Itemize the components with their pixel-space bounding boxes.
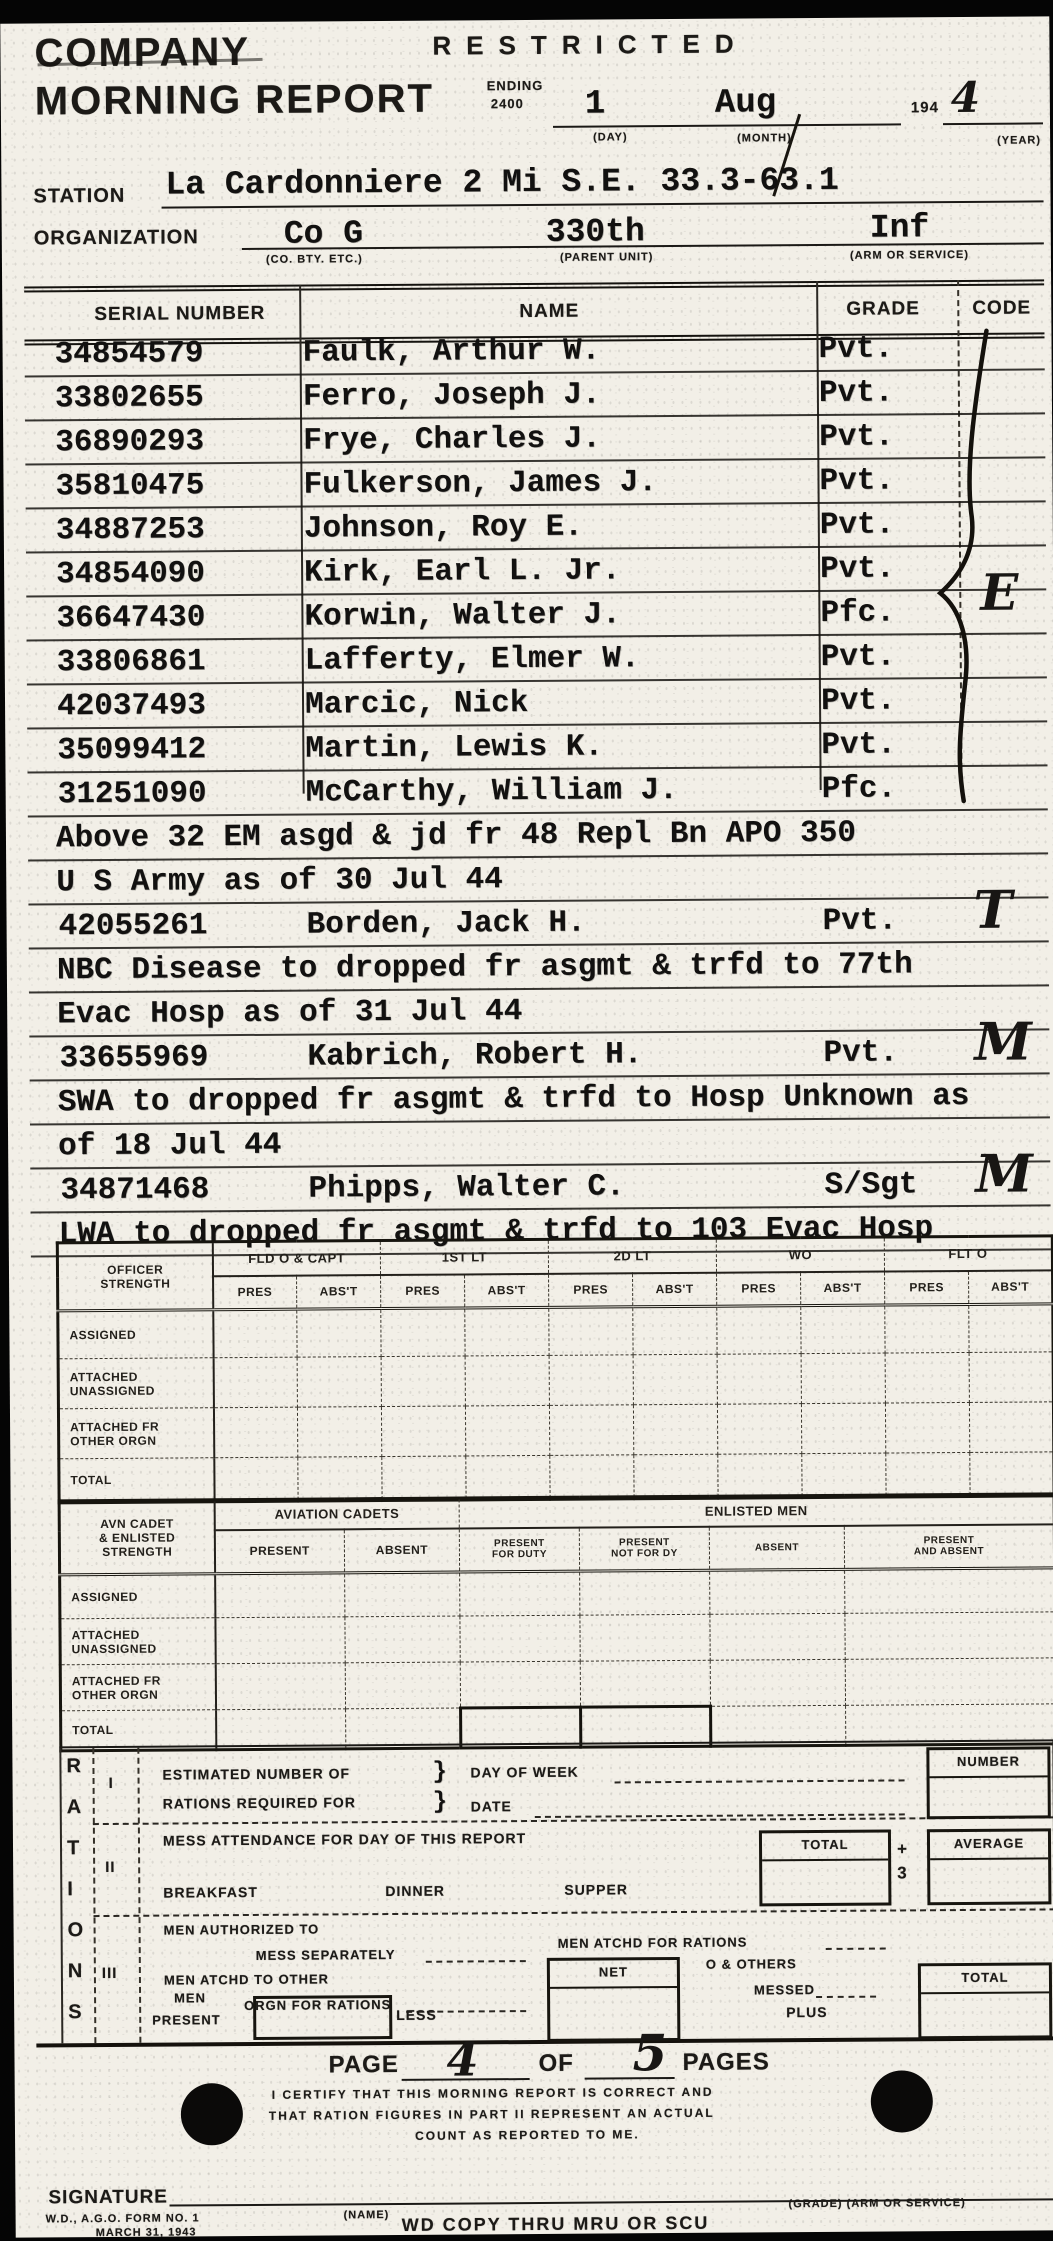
men-present-box <box>253 1995 392 2040</box>
roster-entry: 36890293Frye, Charles J.Pvt. <box>25 414 1045 465</box>
strength-cell <box>845 1568 1053 1613</box>
soldier-name: Lafferty, Elmer W. <box>305 641 640 678</box>
pres-abst-header: ABS'T <box>465 1273 549 1308</box>
rations-divider-2 <box>93 1908 1053 1917</box>
scanned-morning-report: COMPANY RESTRICTED MORNING REPORT ENDING… <box>0 0 1053 2241</box>
strength-cell <box>213 1357 297 1408</box>
form-title-morning-report: MORNING REPORT <box>35 77 434 125</box>
strength-cell <box>969 1304 1053 1353</box>
of-label: OF <box>538 2050 574 2078</box>
handwritten-code-letter: E <box>980 563 1019 622</box>
soldier-name: Ferro, Joseph J. <box>303 378 601 415</box>
serial-number: 35099412 <box>57 732 206 768</box>
day-of-week-line <box>614 1761 904 1783</box>
number-box-divider <box>930 1775 1048 1778</box>
remark-text: SWA to dropped fr asgmt & trfd to Hosp U… <box>58 1079 970 1120</box>
rations-section-numeral: I <box>109 1775 114 1792</box>
strength-cell <box>710 1569 845 1614</box>
handwritten-code-mark: M <box>975 1149 1033 1201</box>
roster-remark: SWA to dropped fr asgmt & trfd to Hosp U… <box>30 1074 1050 1125</box>
roster-entry: 42037493Marcic, NickPvt. <box>27 678 1047 729</box>
form-title-company: COMPANY <box>34 30 250 77</box>
strength-cell <box>801 1403 885 1454</box>
mess-total-divider <box>762 1859 888 1862</box>
strength-cell <box>345 1616 460 1663</box>
restricted-stamp: RESTRICTED <box>432 28 748 61</box>
roster-remark: of 18 Jul 44 <box>30 1118 1050 1169</box>
men-label: MEN <box>174 1990 206 2005</box>
strength-cell <box>549 1307 633 1356</box>
grade: Pvt. <box>821 639 896 675</box>
organization-label: ORGANIZATION <box>34 226 199 250</box>
col-serial-number: SERIAL NUMBER <box>94 303 265 326</box>
remark-text: Above 32 EM asgd & jd fr 48 Repl Bn APO … <box>56 816 856 857</box>
strength-cell <box>345 1662 460 1709</box>
pres-abst-header: PRES <box>213 1275 297 1310</box>
strength-cell <box>710 1659 845 1706</box>
certify-line-2: THAT RATION FIGURES IN PART II REPRESENT… <box>269 2106 715 2123</box>
rank-group-header: FLD O & CAPT <box>212 1241 380 1276</box>
strength-cell <box>215 1663 345 1710</box>
pres-abst-header: ABS'T <box>801 1271 885 1306</box>
soldier-name: McCarthy, William J. <box>306 773 678 811</box>
messed-label: MESSED <box>754 1982 815 1997</box>
serial-number: 33802655 <box>55 380 204 416</box>
year-prefix: 194 <box>911 99 939 116</box>
number-box-label: NUMBER <box>929 1753 1047 1769</box>
serial-number: 34887253 <box>56 512 205 548</box>
officer-strength-table: OFFICER STRENGTHFLD O & CAPT1ST LT2D LTW… <box>56 1234 1053 1504</box>
strength-cell <box>969 1352 1053 1403</box>
ending-label: ENDING <box>487 78 544 93</box>
present-label: PRESENT <box>152 2012 221 2027</box>
brace-glyph-2: } <box>433 1789 448 1816</box>
serial-number: 31251090 <box>58 776 207 812</box>
remark-text: NBC Disease to dropped fr asgmt & trfd t… <box>57 947 913 988</box>
men-atchd-rations-line <box>826 1934 886 1950</box>
grade: Pvt. <box>820 551 895 587</box>
serial-number: 42037493 <box>57 688 206 724</box>
remark-text: Evac Hosp as of 31 Jul 44 <box>57 994 522 1032</box>
rank-group-header: WO <box>716 1237 884 1272</box>
roster-entry: 34871468Phipps, Walter C.S/SgtM <box>30 1162 1050 1213</box>
soldier-name: Phipps, Walter C. <box>308 1169 625 1206</box>
grade: Pfc. <box>820 595 895 631</box>
serial-number: 33655969 <box>59 1040 208 1076</box>
date-label: DATE <box>471 1798 512 1814</box>
cadet-subcol-header: PRESENT <box>214 1529 344 1574</box>
rations-total-divider <box>921 1991 1049 1994</box>
grade: Pvt. <box>819 419 894 455</box>
enlisted-strength-table: AVN CADET & ENLISTED STRENGTHAVIATION CA… <box>58 1492 1053 1752</box>
strength-cell <box>215 1573 345 1618</box>
strength-cell <box>580 1614 710 1661</box>
roster-body: 34854579Faulk, Arthur W.Pvt.33802655Ferr… <box>24 326 1050 1257</box>
day-caption: (DAY) <box>593 131 628 143</box>
strength-cell <box>460 1615 580 1662</box>
organization-underline <box>242 212 1044 250</box>
strength-row-label: TOTAL <box>59 1458 214 1503</box>
strength-cell <box>633 1354 717 1405</box>
grade-caption: (GRADE) (ARM OR SERVICE) <box>788 2197 965 2210</box>
col-grade: GRADE <box>846 298 920 321</box>
soldier-name: Marcic, Nick <box>305 686 528 723</box>
strength-row-label: ATTACHED FR OTHER ORGN <box>58 1408 213 1459</box>
soldier-name: Kabrich, Robert H. <box>307 1037 642 1074</box>
roster-remark: Evac Hosp as of 31 Jul 44 <box>29 986 1049 1037</box>
aviation-cadets-header: AVIATION CADETS <box>214 1498 459 1530</box>
handwritten-code-mark: M <box>974 1017 1032 1069</box>
grade: Pvt. <box>819 463 894 499</box>
men-atchd-rations-label: MEN ATCHD FOR RATIONS <box>558 1935 748 1951</box>
strength-cell <box>213 1309 297 1358</box>
serial-number: 34854579 <box>54 336 203 372</box>
strength-cell <box>345 1572 460 1617</box>
rations-estimated-1: ESTIMATED NUMBER OF <box>162 1765 350 1782</box>
grade: Pvt. <box>819 375 894 411</box>
rations-rail-letter: O <box>68 1919 85 1942</box>
pres-abst-header: PRES <box>549 1273 633 1308</box>
certify-line-1: I CERTIFY THAT THIS MORNING REPORT IS CO… <box>272 2085 714 2102</box>
mess-attendance-label: MESS ATTENDANCE FOR DAY OF THIS REPORT <box>163 1830 526 1849</box>
strength-cell <box>885 1352 969 1403</box>
strength-cell <box>465 1405 549 1456</box>
rank-group-header: 1ST LT <box>380 1239 548 1274</box>
rations-rail-letter: A <box>67 1796 83 1819</box>
soldier-name: Borden, Jack H. <box>306 906 585 943</box>
rations-numeral-divider <box>137 1748 141 2043</box>
station-underline <box>161 170 1043 208</box>
rank-group-header: 2D LT <box>548 1238 716 1273</box>
soldier-name: Frye, Charles J. <box>303 422 601 459</box>
pres-abst-header: PRES <box>717 1272 801 1307</box>
remark-text: of 18 Jul 44 <box>58 1128 281 1165</box>
rations-total-label: TOTAL <box>921 1969 1049 1985</box>
officer-strength-header: OFFICER STRENGTH <box>57 1242 212 1311</box>
roster-entry: 34887253Johnson, Roy E.Pvt. <box>26 502 1046 553</box>
pages-label: PAGES <box>682 2048 769 2077</box>
paper-sheet: COMPANY RESTRICTED MORNING REPORT ENDING… <box>0 16 1053 2237</box>
mess-total-box: TOTAL <box>759 1830 892 1907</box>
grade: Pvt. <box>823 1035 898 1071</box>
serial-number: 36647430 <box>56 600 205 636</box>
average-box-label: AVERAGE <box>930 1835 1048 1851</box>
strength-cell <box>549 1405 633 1456</box>
station-label: STATION <box>33 185 125 209</box>
strength-cell <box>298 1457 382 1502</box>
rations-rail-letter: S <box>68 2001 83 2024</box>
number-box: NUMBER <box>926 1746 1050 1819</box>
day-of-week-label: DAY OF WEEK <box>470 1764 578 1781</box>
rations-bottom-rule <box>36 2036 1053 2047</box>
strength-cell <box>460 1661 580 1708</box>
brace-glyph-1: } <box>432 1759 447 1786</box>
strength-cell <box>845 1658 1053 1705</box>
strength-cell <box>885 1402 969 1453</box>
strength-cell <box>801 1353 885 1404</box>
strength-cell <box>802 1453 886 1498</box>
col-code: CODE <box>972 297 1031 319</box>
pres-abst-header: PRES <box>885 1270 969 1305</box>
strength-cell <box>801 1305 885 1354</box>
soldier-name: Kirk, Earl L. Jr. <box>304 553 621 590</box>
strength-cell <box>634 1454 718 1499</box>
roster-entry: 42055261Borden, Jack H.Pvt.T <box>28 898 1048 949</box>
enlisted-subcol-header: ABSENT <box>709 1525 844 1570</box>
messed-line <box>816 1982 876 1998</box>
grade: Pvt. <box>821 727 896 763</box>
serial-number: 33806861 <box>57 644 206 680</box>
strength-cell <box>969 1402 1053 1453</box>
strength-cell <box>215 1617 345 1664</box>
grade: S/Sgt <box>824 1167 917 1203</box>
strength-cell <box>633 1306 717 1355</box>
serial-number: 34854090 <box>56 556 205 592</box>
pres-abst-header: ABS'T <box>297 1275 381 1310</box>
serial-number: 42055261 <box>58 908 207 944</box>
strength-cell <box>710 1613 845 1660</box>
serial-number: 35810475 <box>55 468 204 504</box>
strength-cell <box>718 1454 802 1499</box>
mess-total-label: TOTAL <box>762 1837 888 1853</box>
mess-separately-line <box>426 1946 526 1963</box>
strength-cell <box>717 1306 801 1355</box>
arm-caption: (ARM OR SERVICE) <box>850 249 969 262</box>
month-caption: (MONTH) <box>737 132 792 144</box>
roster-remark: NBC Disease to dropped fr asgmt & trfd t… <box>29 942 1049 993</box>
soldier-name: Fulkerson, James J. <box>303 465 657 502</box>
strength-cell <box>580 1570 710 1615</box>
avn-enlisted-header: AVN CADET & ENLISTED STRENGTH <box>59 1500 215 1575</box>
dinner-label: DINNER <box>385 1883 445 1899</box>
parent-caption: (PARENT UNIT) <box>560 251 654 264</box>
rations-rail-divider <box>92 1748 96 2043</box>
ending-time-label: 2400 <box>491 96 524 111</box>
roster-entry: 33806861Lafferty, Elmer W.Pvt. <box>27 634 1047 685</box>
roster-entry: 33655969Kabrich, Robert H.Pvt.M <box>29 1030 1049 1081</box>
strength-cell <box>381 1406 465 1457</box>
year-underline <box>943 92 1043 125</box>
soldier-name: Johnson, Roy E. <box>304 510 583 547</box>
soldier-name: Faulk, Arthur W. <box>302 334 600 371</box>
date-line <box>535 1795 905 1818</box>
strength-cell <box>382 1456 466 1501</box>
rank-group-header: FLT O <box>884 1236 1052 1271</box>
strength-cell <box>580 1660 710 1707</box>
rations-section-numeral: II <box>105 1859 115 1876</box>
roster-entry: 34854090Kirk, Earl L. Jr.Pvt. <box>26 546 1046 597</box>
strength-cell <box>845 1612 1053 1659</box>
enlisted-subcol-header: PRESENT NOT FOR DY <box>579 1526 709 1571</box>
o-and-others-label: O & OTHERS <box>706 1956 797 1972</box>
men-authorized-label: MEN AUTHORIZED TO <box>164 1922 320 1938</box>
men-atchd-other-label: MEN ATCHD TO OTHER <box>164 1971 329 1987</box>
pres-abst-header: PRES <box>381 1274 465 1309</box>
form-number: W.D., A.G.O. FORM NO. 1 <box>46 2212 200 2225</box>
serial-number: 36890293 <box>55 424 204 460</box>
serial-number: 34871468 <box>60 1172 209 1208</box>
copy-note: WD COPY THRU MRU OR SCU <box>402 2213 710 2236</box>
strength-cell <box>633 1404 717 1455</box>
pres-abst-header: ABS'T <box>969 1270 1053 1305</box>
less-label: LESS <box>396 2007 437 2023</box>
remark-text: U S Army as of 30 Jul 44 <box>56 862 503 900</box>
date-underline <box>553 93 901 127</box>
enlisted-subcol-header: PRESENT AND ABSENT <box>844 1524 1053 1569</box>
divide-sign: + <box>897 1839 908 1859</box>
pres-abst-header: ABS'T <box>633 1272 717 1307</box>
enlisted-men-header: ENLISTED MEN <box>459 1494 1053 1528</box>
net-box-label: NET <box>550 1964 677 1980</box>
average-box: AVERAGE <box>927 1828 1052 1905</box>
handwritten-code-mark: T <box>973 885 1012 937</box>
roster-entry: 34854579Faulk, Arthur W.Pvt. <box>24 326 1044 377</box>
strength-cell <box>214 1457 298 1502</box>
average-box-divider <box>930 1857 1048 1860</box>
rations-total-box: TOTAL <box>918 1962 1053 2039</box>
strength-cell <box>297 1357 381 1408</box>
punch-hole-left <box>181 2083 243 2145</box>
soldier-name: Korwin, Walter J. <box>304 597 621 634</box>
strength-row-label: ATTACHED UNASSIGNED <box>60 1618 215 1665</box>
roster-entry: 33802655Ferro, Joseph J.Pvt. <box>25 370 1045 421</box>
strength-cell <box>465 1355 549 1406</box>
grade: Pvt. <box>822 903 897 939</box>
page-number-hand: 4 <box>446 2032 478 2086</box>
rations-left-border <box>59 1748 63 2043</box>
rations-rail-letter: N <box>68 1960 84 1983</box>
strength-row-label: ASSIGNED <box>60 1574 215 1619</box>
unit-caption: (CO. BTY. ETC.) <box>266 253 363 266</box>
strength-cell <box>297 1407 381 1458</box>
strength-cell <box>970 1452 1053 1497</box>
strength-cell <box>213 1407 297 1458</box>
strength-cell <box>466 1455 550 1500</box>
strength-cell <box>465 1307 549 1356</box>
net-box-divider <box>550 1986 677 1989</box>
roster-remark: Above 32 EM asgd & jd fr 48 Repl Bn APO … <box>28 810 1048 861</box>
cadet-subcol-header: ABSENT <box>344 1528 459 1573</box>
strength-cell <box>886 1452 970 1497</box>
soldier-name: Martin, Lewis K. <box>305 729 603 766</box>
strength-row-label: ATTACHED UNASSIGNED <box>58 1358 213 1409</box>
grade: Pvt. <box>818 331 893 367</box>
page-label: PAGE <box>328 2051 398 2079</box>
enlisted-subcol-header: PRESENT FOR DUTY <box>459 1527 579 1572</box>
strength-cell <box>717 1354 801 1405</box>
roster-remark: U S Army as of 30 Jul 44 <box>28 854 1048 905</box>
form-date: MARCH 31, 1943 <box>96 2226 197 2237</box>
rations-rail-letter: T <box>67 1837 80 1860</box>
col-name: NAME <box>519 301 579 323</box>
divide-three: 3 <box>897 1863 908 1883</box>
grade: Pvt. <box>820 507 895 543</box>
grade: Pfc. <box>822 771 897 807</box>
strength-cell <box>381 1356 465 1407</box>
roster-entry: 31251090McCarthy, William J.Pfc. <box>28 766 1048 817</box>
rations-section-numeral: III <box>102 1965 118 1982</box>
strength-cell <box>460 1571 580 1616</box>
strength-cell <box>381 1308 465 1357</box>
strength-cell <box>297 1309 381 1358</box>
strength-cell <box>717 1404 801 1455</box>
roster-entry: 36647430Korwin, Walter J.Pfc. <box>26 590 1046 641</box>
grade: Pvt. <box>821 683 896 719</box>
punch-hole-right <box>871 2070 933 2132</box>
roster-entry: 35810475Fulkerson, James J.Pvt. <box>25 458 1045 509</box>
strength-cell <box>549 1355 633 1406</box>
strength-cell <box>885 1304 969 1353</box>
signature-label: SIGNATURE <box>48 2187 168 2210</box>
roster-entry: 35099412Martin, Lewis K.Pvt. <box>27 722 1047 773</box>
supper-label: SUPPER <box>564 1881 628 1897</box>
year-caption: (YEAR) <box>997 134 1041 146</box>
rations-rail-letter: R <box>66 1755 82 1778</box>
breakfast-label: BREAKFAST <box>163 1884 258 1901</box>
mess-separately-label: MESS SEPARATELY <box>256 1947 396 1963</box>
rations-rail-letter: I <box>67 1878 74 1901</box>
certify-line-3: COUNT AS REPORTED TO ME. <box>415 2127 640 2143</box>
strength-row-label: ATTACHED FR OTHER ORGN <box>60 1664 215 1711</box>
rations-estimated-2: RATIONS REQUIRED FOR <box>163 1794 356 1811</box>
strength-row-label: ASSIGNED <box>58 1310 213 1359</box>
pages-number-hand: 5 <box>632 2023 667 2082</box>
strength-cell <box>550 1455 634 1500</box>
name-caption: (NAME) <box>344 2209 390 2221</box>
plus-label: PLUS <box>786 2004 827 2020</box>
